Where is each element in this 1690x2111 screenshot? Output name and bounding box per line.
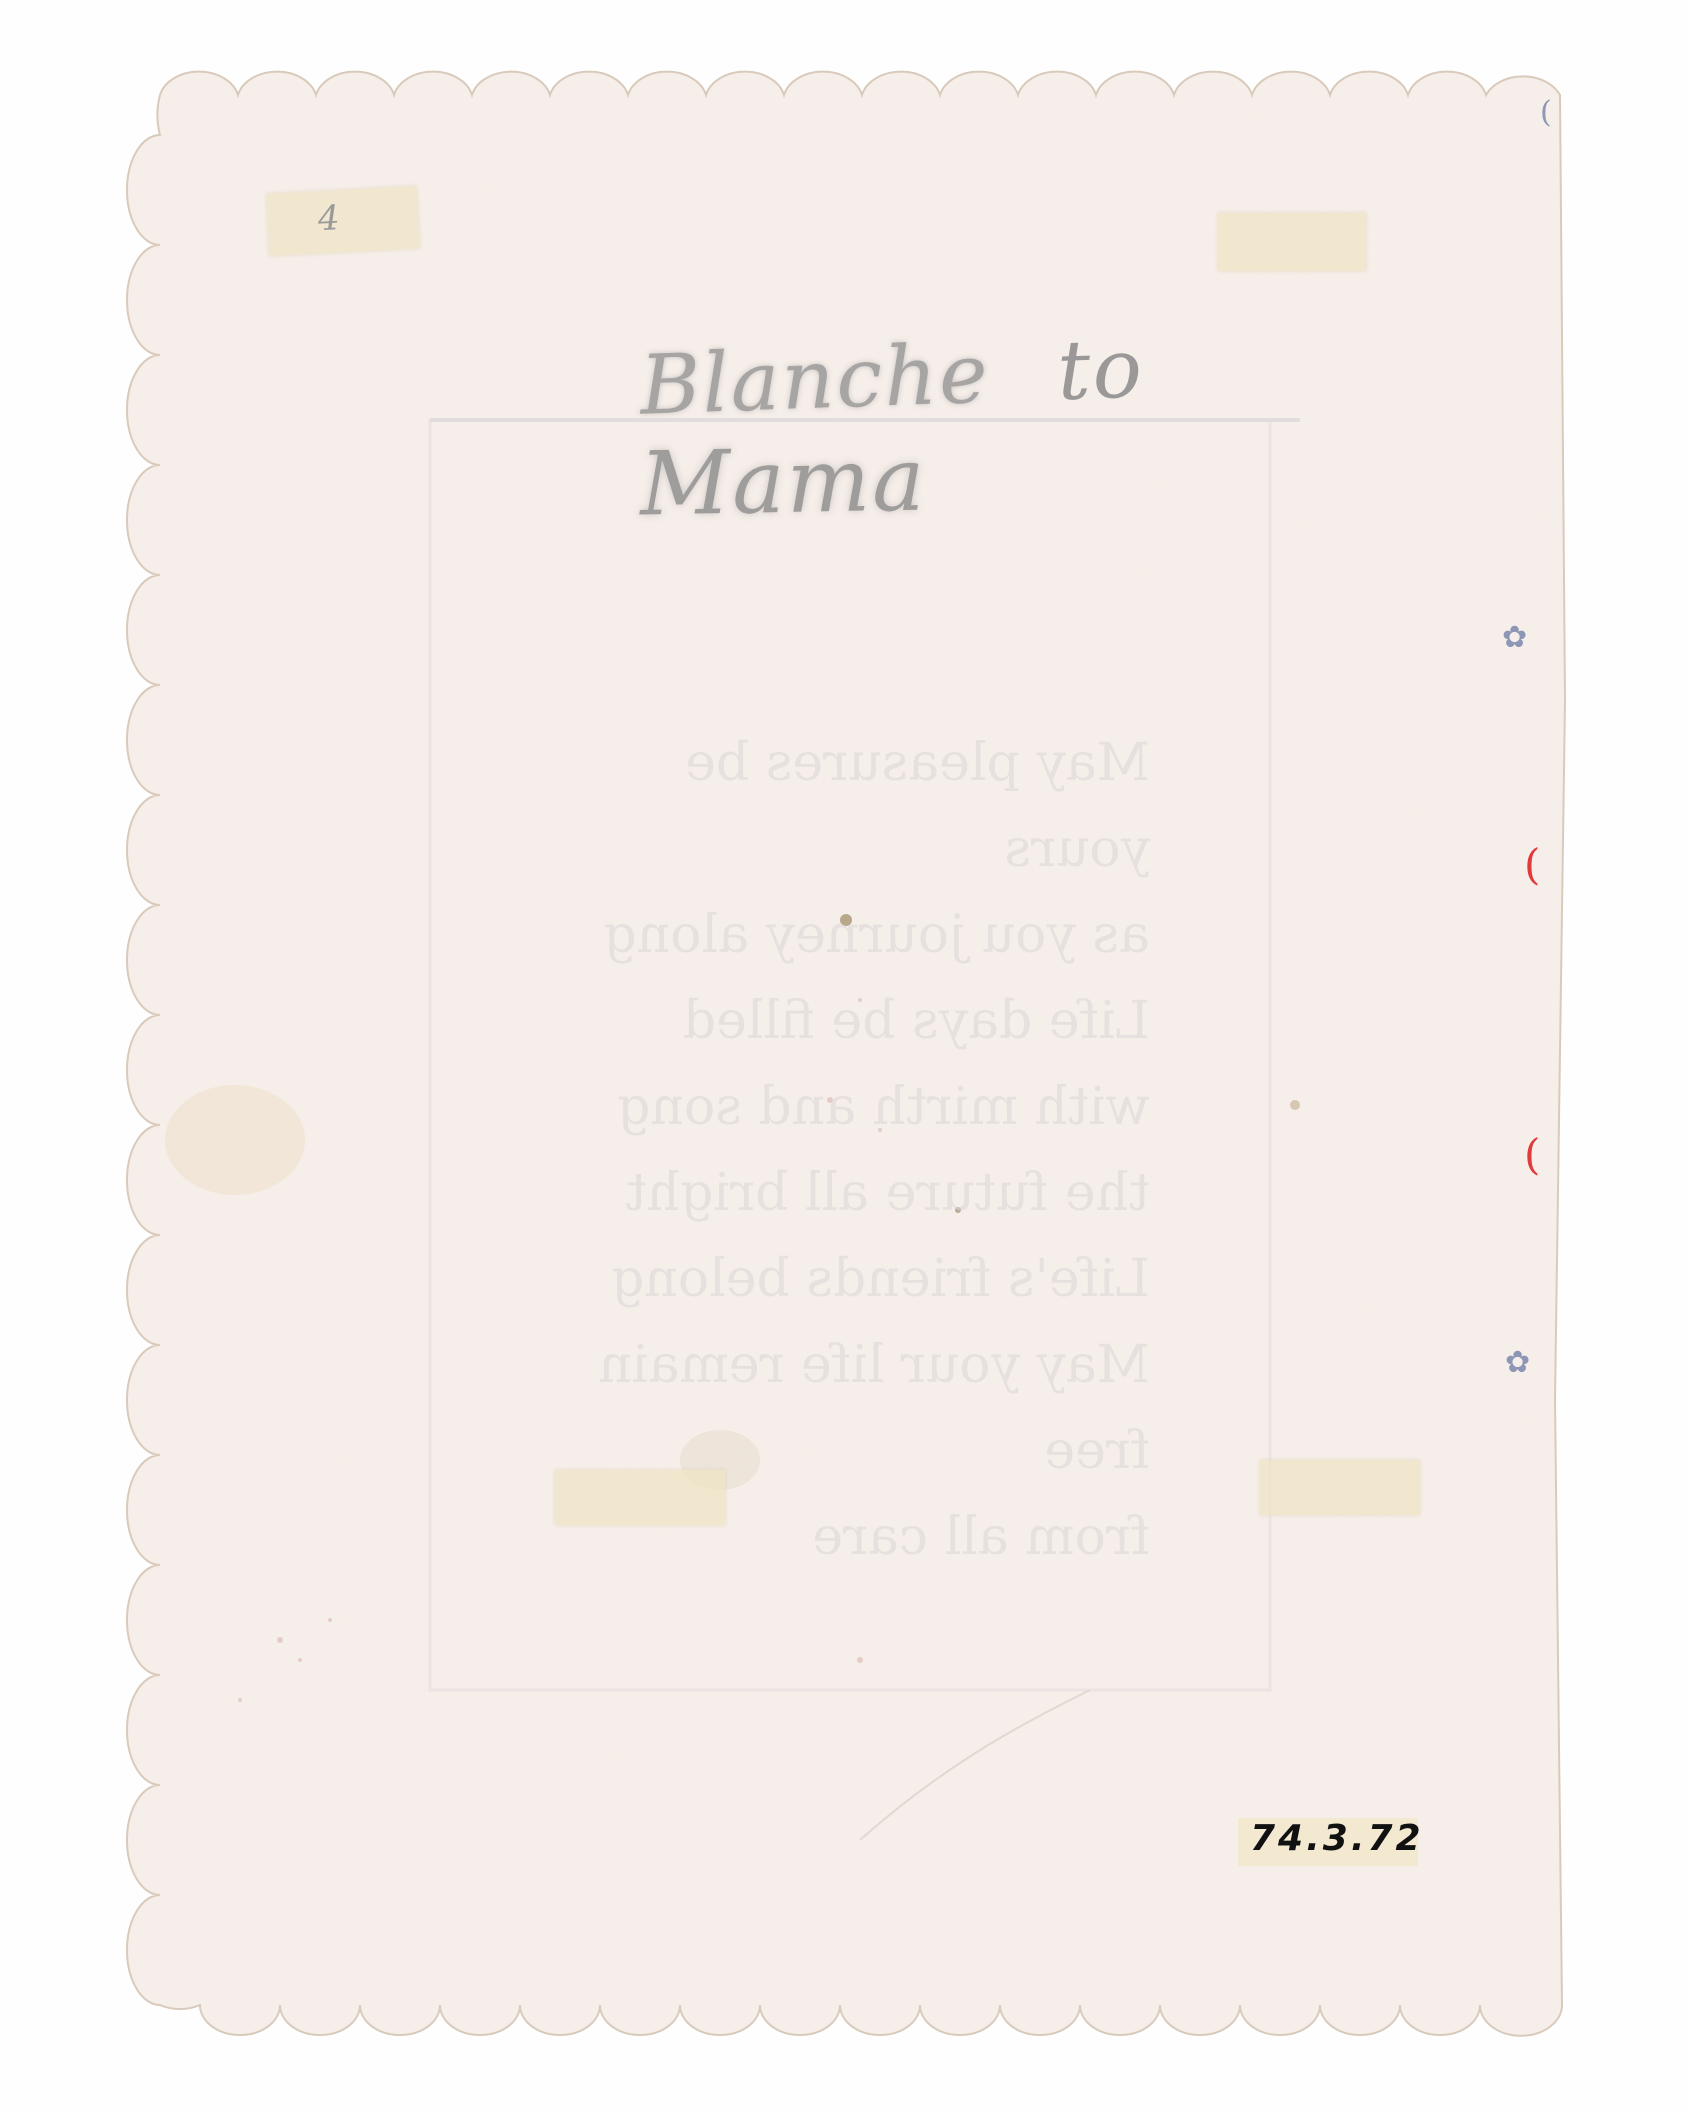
bleed-through-verse: May pleasures be yours as you journey al… bbox=[530, 720, 1150, 1580]
verse-line: May pleasures be yours bbox=[530, 720, 1150, 892]
edge-flower-icon: ( bbox=[1540, 95, 1552, 130]
verse-line: from all care bbox=[530, 1494, 1150, 1580]
edge-flower-icon: ✿ bbox=[1502, 620, 1527, 655]
verse-line: the future all bright bbox=[530, 1150, 1150, 1236]
verse-line: as you journey along bbox=[530, 892, 1150, 978]
tape-top-left: 4 bbox=[266, 186, 419, 256]
edge-flower-icon: ✿ bbox=[1505, 1345, 1530, 1380]
inscription-name: Blanche bbox=[638, 327, 991, 434]
tape-mark: 4 bbox=[317, 198, 341, 239]
edge-red-mark: ( bbox=[1524, 840, 1540, 889]
verse-line: with mirth and song bbox=[530, 1064, 1150, 1150]
inscription-to: to bbox=[1056, 321, 1146, 419]
inscription-line-2: Mama bbox=[639, 428, 927, 536]
tape-top-right bbox=[1218, 213, 1366, 271]
verse-line: Life's friends belong bbox=[530, 1236, 1150, 1322]
verse-line: May your life remain free bbox=[530, 1322, 1150, 1494]
accession-number: 74.3.72 bbox=[1250, 1818, 1424, 1859]
tape-bottom-right bbox=[1260, 1460, 1420, 1515]
inscription-line-1: Blanche to bbox=[638, 321, 1145, 434]
edge-red-mark: ( bbox=[1524, 1130, 1540, 1179]
verse-line: Life days be filled bbox=[530, 978, 1150, 1064]
